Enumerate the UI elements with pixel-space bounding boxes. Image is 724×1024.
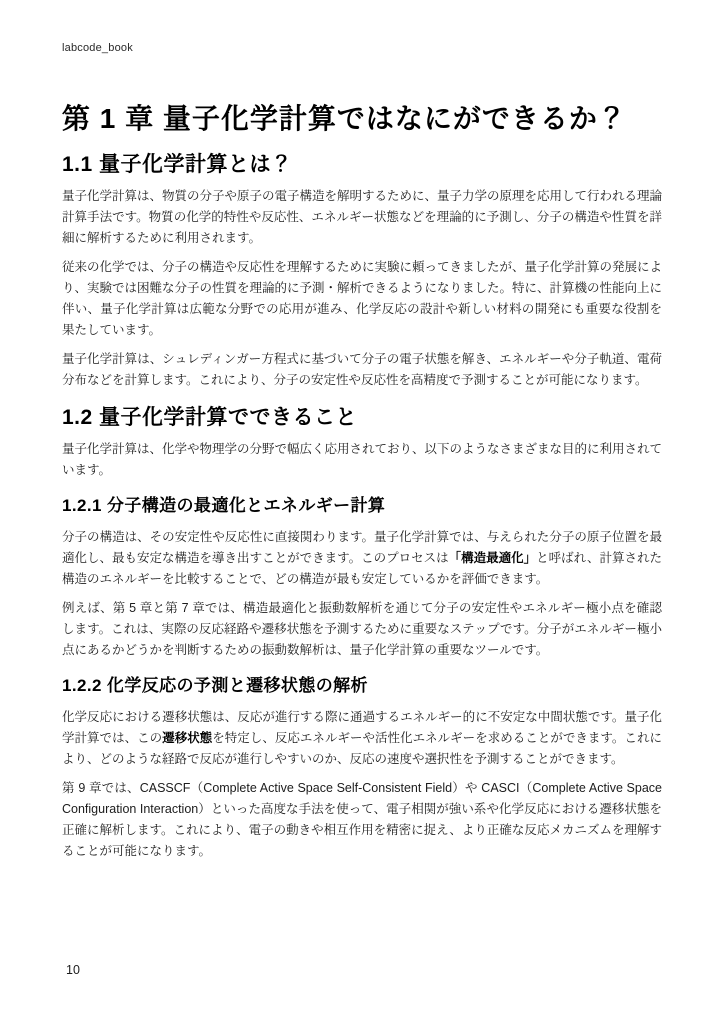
chapter-title: 第 1 章 量子化学計算ではなにができるか？ <box>62 100 662 138</box>
page-number: 10 <box>66 963 80 977</box>
subsection-1-2-1-heading: 1.2.1 分子構造の最適化とエネルギー計算 <box>62 495 662 517</box>
page-content: labcode_book 第 1 章 量子化学計算ではなにができるか？ 1.1 … <box>0 0 724 862</box>
bold-term-structure-optimization: 「構造最適化」 <box>449 551 537 565</box>
section-1-1-paragraph-1: 量子化学計算は、物質の分子や原子の電子構造を解明するために、量子力学の原理を応用… <box>62 186 662 249</box>
subsection-1-2-2-paragraph-2: 第 9 章では、CASSCF（Complete Active Space Sel… <box>62 778 662 862</box>
subsection-1-2-1-paragraph-1: 分子の構造は、その安定性や反応性に直接関わります。量子化学計算では、与えられた分… <box>62 527 662 590</box>
subsection-1-2-1-paragraph-2: 例えば、第 5 章と第 7 章では、構造最適化と振動数解析を通じて分子の安定性や… <box>62 598 662 661</box>
section-1-1-heading: 1.1 量子化学計算とは？ <box>62 152 662 178</box>
section-1-2-intro-paragraph: 量子化学計算は、化学や物理学の分野で幅広く応用されており、以下のようなさまざまな… <box>62 439 662 481</box>
running-header: labcode_book <box>62 0 662 56</box>
document-page: labcode_book 第 1 章 量子化学計算ではなにができるか？ 1.1 … <box>0 0 724 1024</box>
subsection-1-2-2-paragraph-1: 化学反応における遷移状態は、反応が進行する際に通過するエネルギー的に不安定な中間… <box>62 707 662 770</box>
section-1-1-paragraph-2: 従来の化学では、分子の構造や反応性を理解するために実験に頼ってきましたが、量子化… <box>62 257 662 341</box>
section-1-1-paragraph-3: 量子化学計算は、シュレディンガー方程式に基づいて分子の電子状態を解き、エネルギー… <box>62 349 662 391</box>
subsection-1-2-2-heading: 1.2.2 化学反応の予測と遷移状態の解析 <box>62 675 662 697</box>
section-1-2-heading: 1.2 量子化学計算でできること <box>62 405 662 431</box>
bold-term-transition-state: 遷移状態 <box>162 731 212 745</box>
